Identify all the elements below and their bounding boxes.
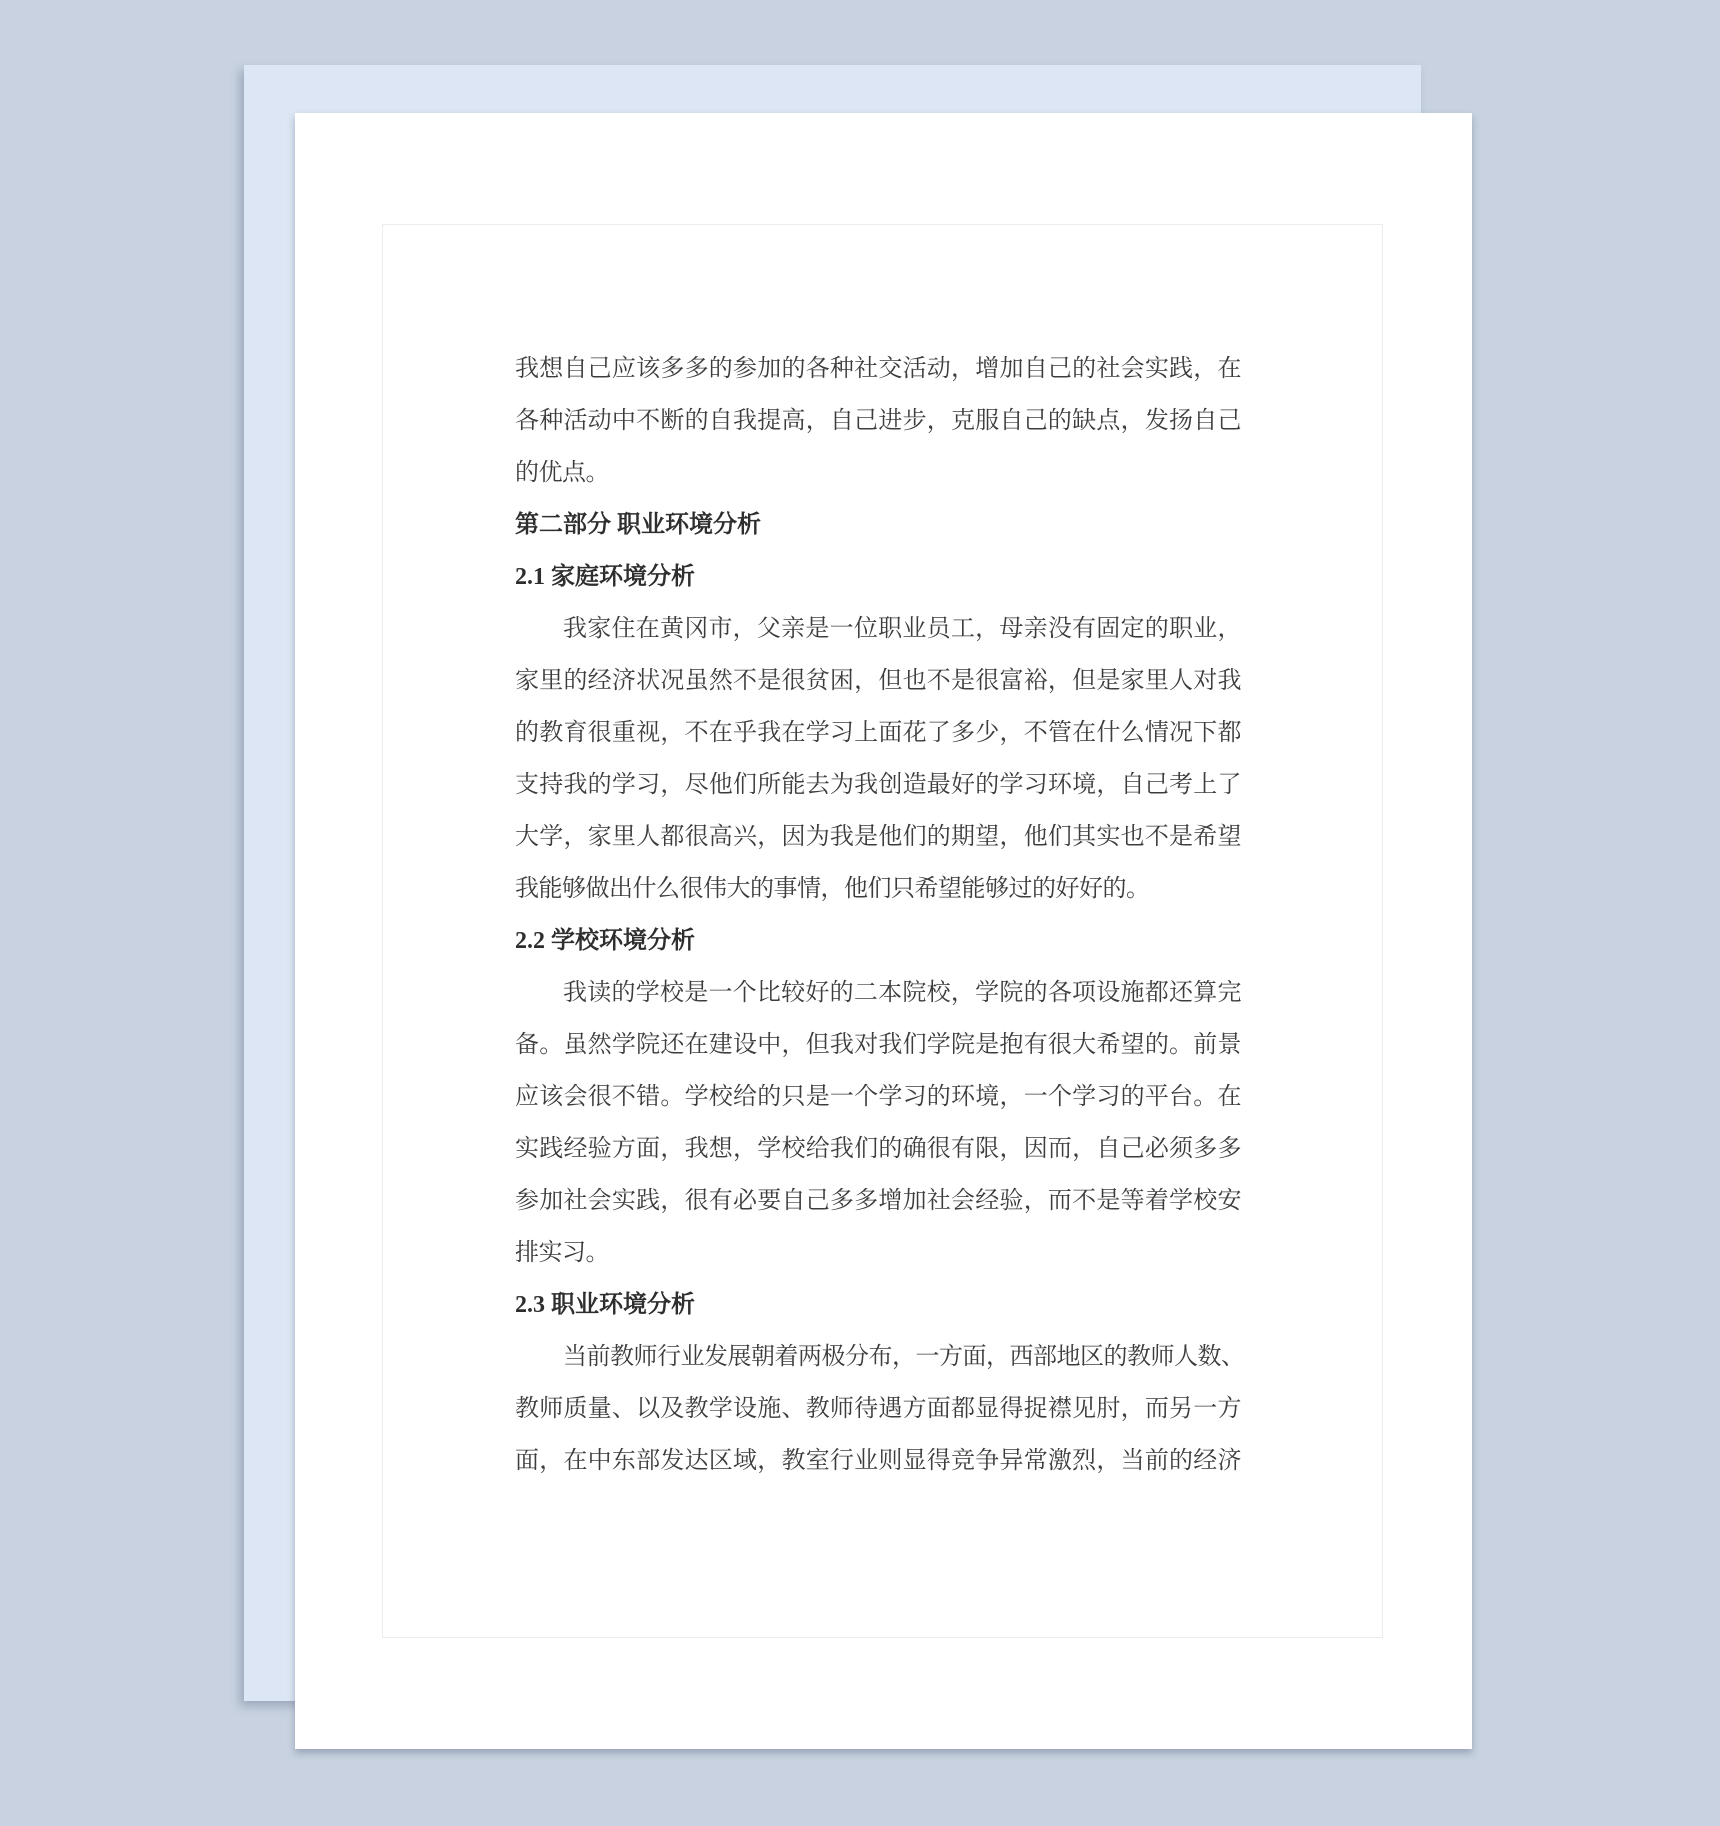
section-2-2-line: 排实习。: [515, 1227, 1241, 1279]
section-2-2-line: 参加社会实践，很有必要自己多多增加社会经验，而不是等着学校安: [515, 1175, 1241, 1227]
section-2-1-line: 支持我的学习，尽他们所能去为我创造最好的学习环境，自己考上了: [515, 759, 1241, 811]
section-2-3-line: 当前教师行业发展朝着两极分布，一方面，西部地区的教师人数、: [515, 1331, 1241, 1383]
section-2-2-line: 实践经验方面，我想，学校给我们的确很有限，因而，自己必须多多: [515, 1123, 1241, 1175]
intro-paragraph-line: 各种活动中不断的自我提高，自己进步，克服自己的缺点，发扬自己: [515, 395, 1241, 447]
part-heading: 第二部分 职业环境分析: [515, 499, 1241, 551]
section-2-2-line: 应该会很不错。学校给的只是一个学习的环境，一个学习的平台。在: [515, 1071, 1241, 1123]
section-2-3-line: 教师质量、以及教学设施、教师待遇方面都显得捉襟见肘，而另一方: [515, 1383, 1241, 1435]
section-2-3-line: 面，在中东部发达区域，教室行业则显得竞争异常激烈，当前的经济: [515, 1435, 1241, 1487]
section-heading-2-2: 2.2 学校环境分析: [515, 915, 1241, 967]
page-content: 我想自己应该多多的参加的各种社交活动，增加自己的社会实践，在 各种活动中不断的自…: [515, 343, 1241, 1487]
section-2-1-line: 我能够做出什么很伟大的事情，他们只希望能够过的好好的。: [515, 863, 1241, 915]
section-2-1-line: 我家住在黄冈市，父亲是一位职业员工，母亲没有固定的职业，: [515, 603, 1241, 655]
document-preview-canvas: 我想自己应该多多的参加的各种社交活动，增加自己的社会实践，在 各种活动中不断的自…: [0, 0, 1720, 1826]
intro-paragraph-line: 我想自己应该多多的参加的各种社交活动，增加自己的社会实践，在: [515, 343, 1241, 395]
section-heading-2-1: 2.1 家庭环境分析: [515, 551, 1241, 603]
intro-paragraph-line: 的优点。: [515, 447, 1241, 499]
section-2-1-line: 大学，家里人都很高兴，因为我是他们的期望，他们其实也不是希望: [515, 811, 1241, 863]
section-2-2-line: 我读的学校是一个比较好的二本院校，学院的各项设施都还算完: [515, 967, 1241, 1019]
section-2-1-line: 的教育很重视，不在乎我在学习上面花了多少，不管在什么情况下都: [515, 707, 1241, 759]
section-2-2-line: 备。虽然学院还在建设中，但我对我们学院是抱有很大希望的。前景: [515, 1019, 1241, 1071]
section-heading-2-3: 2.3 职业环境分析: [515, 1279, 1241, 1331]
document-page: 我想自己应该多多的参加的各种社交活动，增加自己的社会实践，在 各种活动中不断的自…: [295, 113, 1472, 1749]
section-2-1-line: 家里的经济状况虽然不是很贫困，但也不是很富裕，但是家里人对我: [515, 655, 1241, 707]
